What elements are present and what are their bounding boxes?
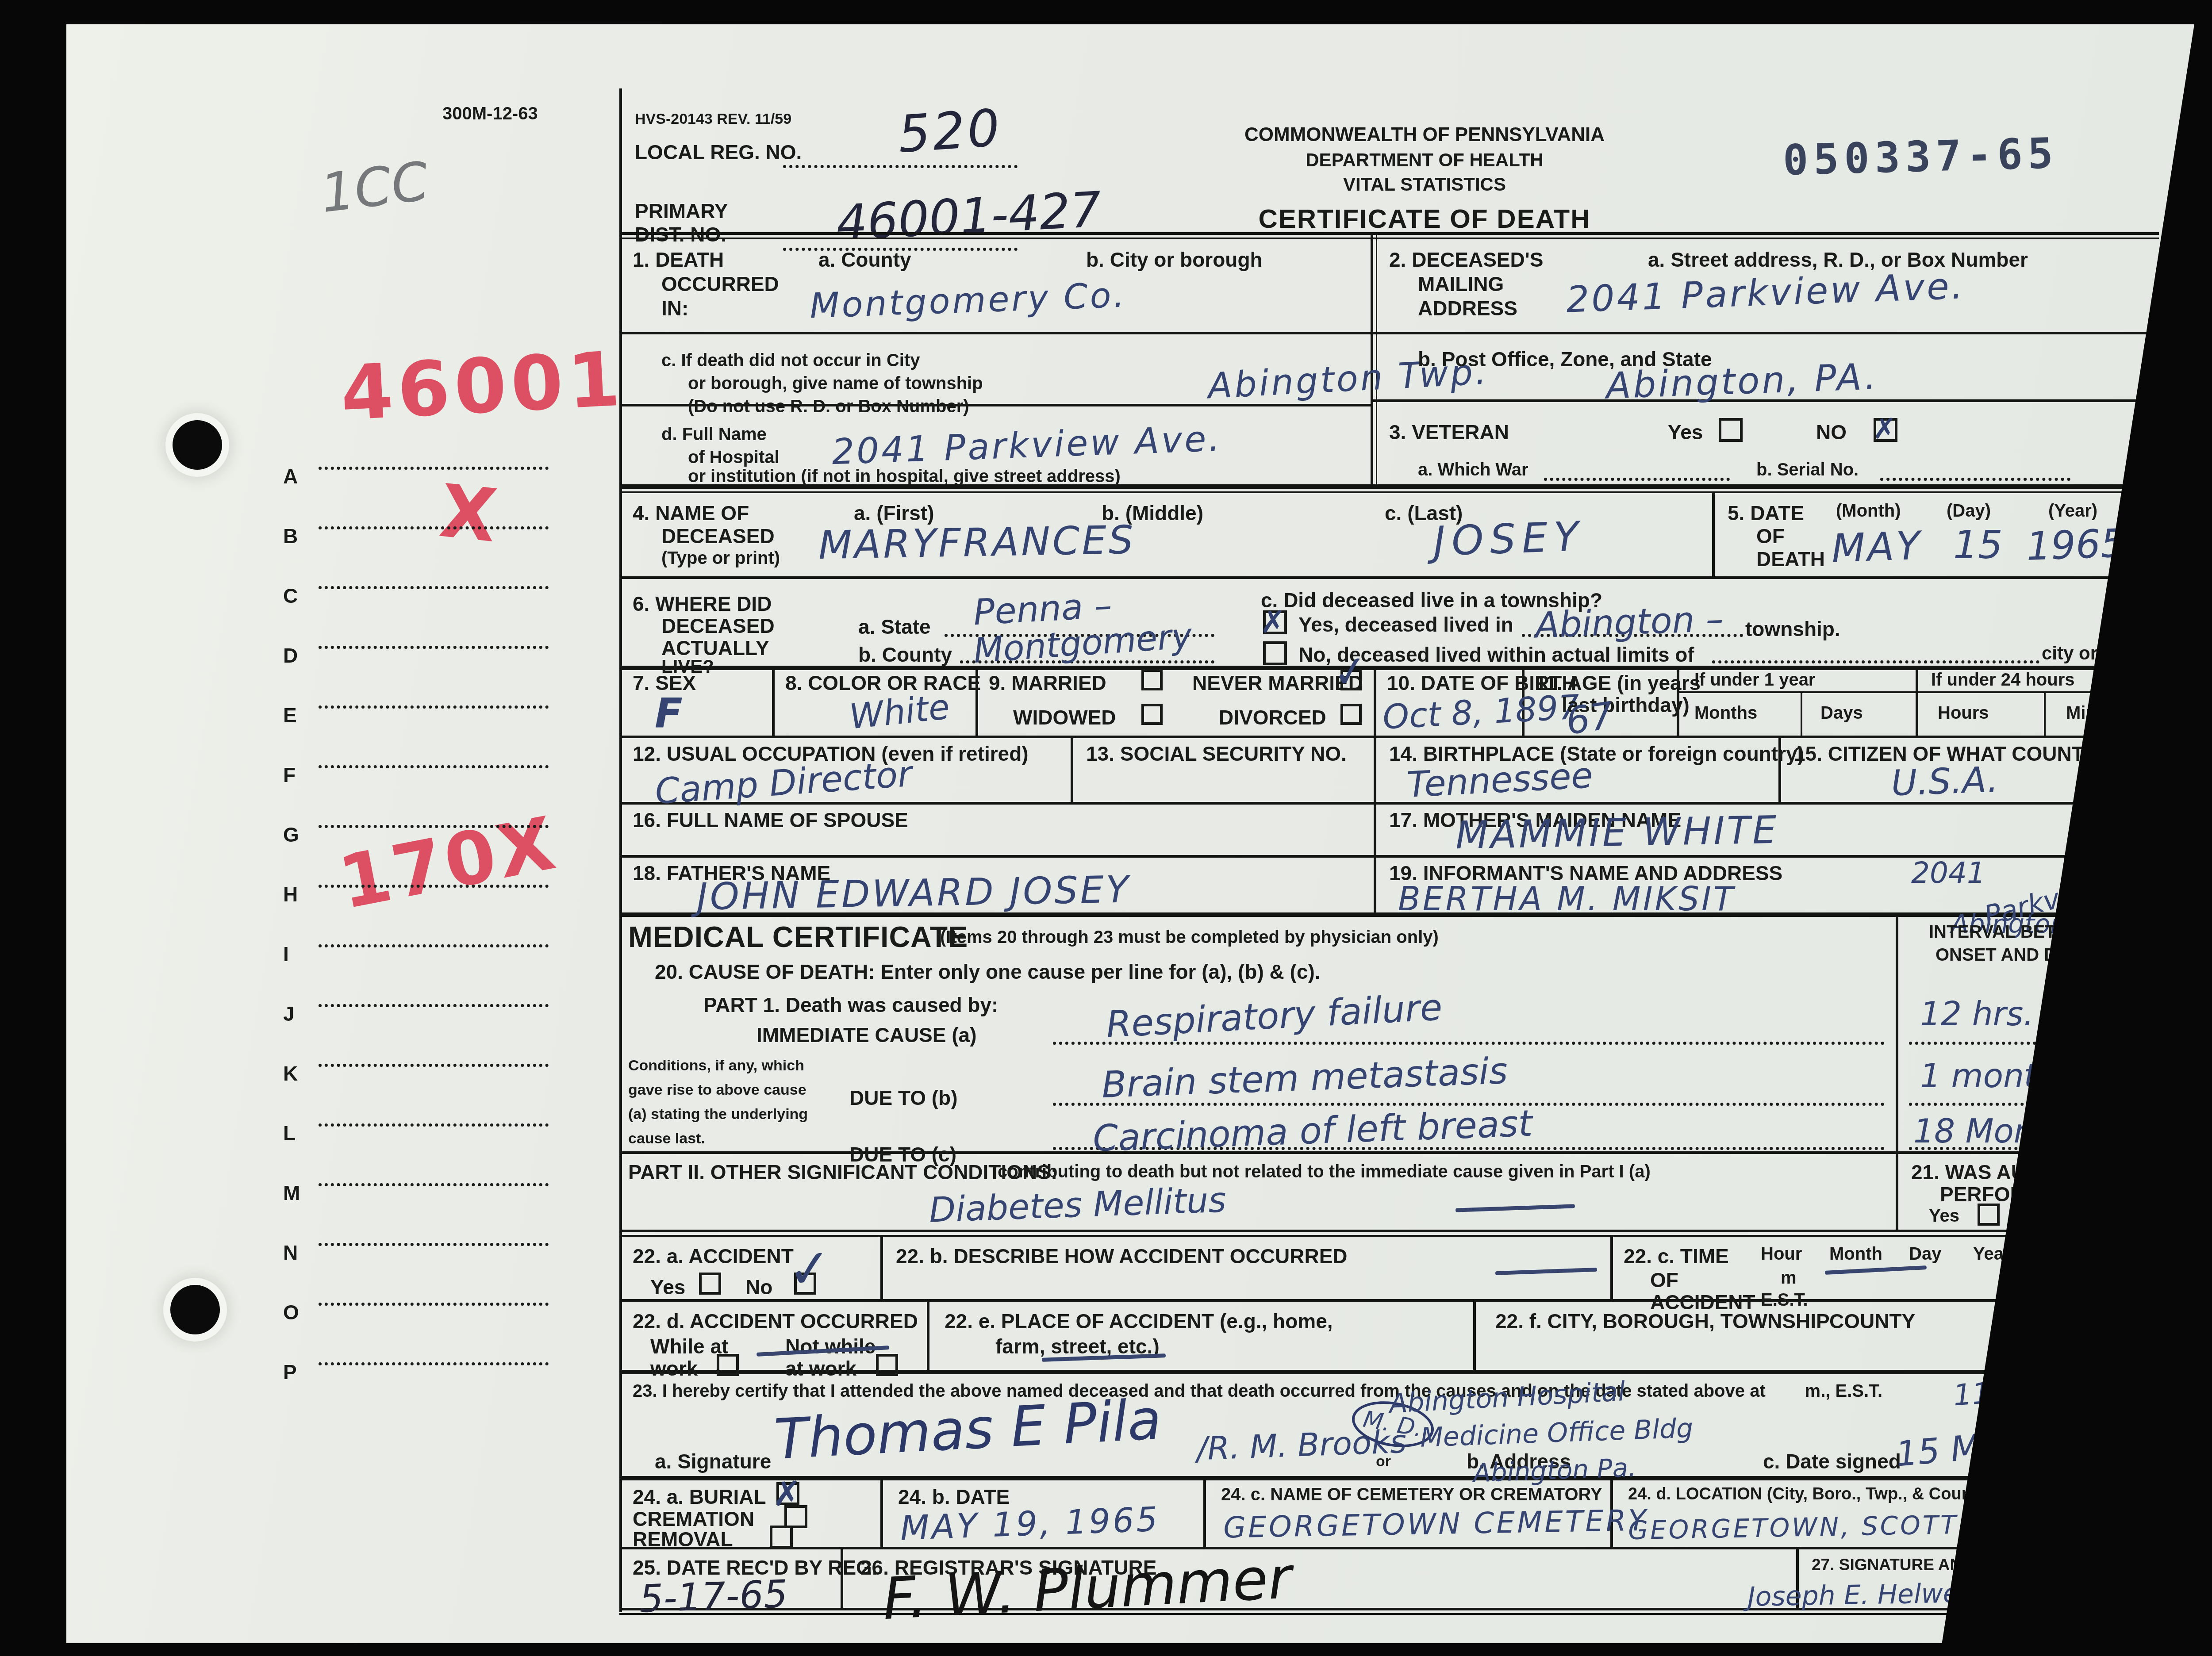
s22c-month-label: Month [1829,1244,1882,1264]
rule-2a-bottom [1371,332,2159,334]
s11-value: 67 [1563,694,1616,743]
s3-serial-line [1880,478,2070,481]
s23-signature-label: a. Signature [655,1449,771,1473]
stub-line-c [319,586,549,589]
s6b-label: b. County [858,643,952,667]
s1c-label-3: (Do not use R. D. or Box Number) [688,397,969,417]
s11-months-label: Months [1694,703,1757,723]
stub-line-i [319,944,549,947]
s23-certify-text-2: m., E.S.T. [1805,1381,1883,1401]
part2-label: PART II. OTHER SIGNIFICANT CONDITIONS: [628,1160,1057,1184]
stub-letter-a: A [283,464,298,488]
s3-yes-checkbox [1719,418,1743,442]
s23-date-signed-label: c. Date signed [1763,1449,1901,1473]
s23-or-label: or [1376,1453,1391,1470]
rule-part2-bottom-1 [619,1230,2159,1232]
s5-day-value: 15 [1953,522,2003,567]
s11-days-label: Days [1820,703,1863,723]
stub-letter-g: G [283,823,299,847]
rule-24-bottom [619,1547,2159,1549]
s22c-label-1: 22. c. TIME [1624,1244,1729,1268]
s22a-yes-checkbox [699,1273,721,1295]
s2-label-2: MAILING [1418,272,1504,296]
rule-header-2 [619,238,2159,239]
stub-letter-i: I [283,942,289,966]
s22d-while-checkbox [717,1354,739,1376]
divider-24a-24b [880,1476,883,1548]
s16-label: 16. FULL NAME OF SPOUSE [633,808,908,832]
divider-interval-col [1896,912,1898,1230]
divider-9-10 [1374,666,1376,736]
s22f-label: 22. f. CITY, BOROUGH, TOWNSHIP [1495,1309,1830,1333]
s4-label-3: (Type or print) [661,548,780,568]
s6c-no-checkbox [1263,641,1287,665]
s20a-value: Respiratory failure [1105,986,1443,1046]
header-department: DEPARTMENT OF HEALTH [1137,149,1712,171]
primary-label-1: PRIMARY [635,199,728,223]
s22c-label-2: OF [1650,1268,1678,1292]
part2-pen-dash [1455,1204,1575,1212]
stub-letter-h: H [283,882,298,906]
s17-value: Mammie White [1455,808,1779,858]
scanned-death-certificate: 300M-12-63 1CC 46001 X 170X A B C D E F … [0,0,2212,1656]
s1a-value: Montgomery Co. [809,276,1127,326]
stub-letter-e: E [283,703,297,727]
stub-line-p [319,1362,549,1365]
s22a-yes-label: Yes [650,1275,685,1299]
s22b-pen-dash [1495,1268,1597,1275]
s22c-day-label: Day [1909,1244,1941,1264]
stub-red-x-mark: X [436,468,501,559]
stub-line-l [319,1123,549,1127]
part2-value: Diabetes Mellitus [929,1180,1227,1230]
s20-cond-2: gave rise to above cause [628,1081,806,1099]
s1c-label-2: or borough, give name of township [688,374,983,394]
s20-cond-4: cause last. [628,1130,705,1147]
s6c-township-suffix: township. [1745,617,1840,641]
stub-letter-m: M [283,1181,300,1205]
s9-married-label: 9. MARRIED [989,671,1106,695]
stub-letter-p: P [283,1360,297,1384]
rule-part2-bottom-2 [619,1235,2159,1237]
s3-war-label: a. Which War [1418,460,1528,480]
s24-cremation-checkbox [784,1505,807,1528]
s24b-value: May 19, 1965 [900,1499,1160,1548]
rule-22abc-bottom [619,1299,2159,1302]
s5-label-1: 5. DATE [1728,501,1804,525]
s20-label: 20. CAUSE OF DEATH: Enter only one cause… [655,960,1321,984]
local-reg-value: 520 [896,98,1004,165]
s3-war-line [1544,478,1730,481]
stub-line-f [319,765,549,768]
stub-line-j [319,1004,549,1007]
s4a-value: MaryFrances [818,517,1136,568]
divider-4-5 [1712,491,1715,578]
stub-line-g [319,825,549,828]
stub-red-170x-mark: 170X [332,800,564,925]
s1d-label-1: d. Full Name [661,425,767,445]
s4c-value: Josey [1432,513,1586,565]
stub-line-a [319,467,549,470]
divider-22a-22b [880,1235,883,1300]
s1d-value: 2041 Parkview Ave. [831,418,1223,473]
s1d-label-2: of Hospital [688,448,780,468]
s6-label-2: DECEASED [661,614,775,638]
s23-certify-text: 23. I hereby certify that I attended the… [633,1381,1882,1401]
rule-row1-bottom-2 [619,491,2159,493]
s22c-m-label: m [1781,1268,1797,1288]
stub-letter-o: O [283,1300,299,1324]
s22d-while-2: work [650,1357,698,1380]
part2-note: contributing to death but not related to… [998,1162,1651,1182]
s9-divorced-label: DIVORCED [1219,705,1326,729]
divider-22b-22c [1610,1235,1613,1300]
primary-dist-value: 46001-427 [835,181,1102,251]
s5-month-value: May [1831,522,1923,571]
stub-letter-f: F [283,763,296,787]
interval-a-value: 12 hrs. [1920,995,2034,1033]
s11-under1-label: If under 1 year [1694,670,1815,690]
stub-line-e [319,705,549,709]
s2a-value: 2041 Parkview Ave. [1566,265,1966,321]
rule-final-2 [619,1613,2159,1615]
s22c-pen-dash [1825,1265,1927,1275]
stub-line-n [319,1243,549,1246]
s4-label-2: DECEASED [661,524,775,548]
stub-line-m [319,1183,549,1186]
header-commonwealth: COMMONWEALTH OF PENNSYLVANIA [1137,124,1712,146]
s22d-notwhile-2: at work [785,1357,856,1380]
divider-months-days [1801,691,1802,736]
s22b-label: 22. b. DESCRIBE HOW ACCIDENT OCCURRED [896,1244,1348,1268]
s4-label-1: 4. NAME OF [633,501,749,525]
s6-label-1: 6. WHERE DID [633,592,772,616]
s11-hours-label: Hours [1938,703,1989,723]
stub-letter-b: B [283,524,298,548]
s22a-no-checkmark: ✓ [785,1237,834,1302]
s18-value: John Edward Josey [696,867,1131,918]
s5-year-label: (Year) [2048,501,2097,521]
stub-letter-l: L [283,1121,296,1145]
header-vital-statistics: VITAL STATISTICS [1137,174,1712,195]
s24-removal-checkbox [770,1526,793,1549]
s22a-no-label: No [745,1275,772,1299]
form-left-border [619,88,622,1612]
s23-address-value-2: Medicine Office Bldg [1420,1413,1694,1453]
s22e-label-1: 22. e. PLACE OF ACCIDENT (e.g., home, [945,1309,1333,1333]
s9-never-checkmark: ✓ [1329,645,1371,699]
s20b-value: Brain stem metastasis [1101,1050,1509,1106]
divider-13-14 [1374,736,1376,803]
s20-cond-1: Conditions, if any, which [628,1057,804,1074]
local-reg-label: LOCAL REG. NO. [635,140,802,164]
medical-certificate-note: (Items 20 through 23 must be completed b… [940,928,1439,947]
divider-22d-22e [927,1299,929,1371]
s9-married-checkbox [1141,669,1163,690]
stub-letter-j: J [283,1002,295,1026]
s20-part1-label: PART 1. Death was caused by: [703,993,998,1017]
s6c-yes-checkmark: ✗ [1260,604,1286,640]
s21-yes-label: Yes [1929,1206,1959,1226]
s3-label: 3. VETERAN [1389,420,1509,444]
s20-immediate-cause-label: IMMEDIATE CAUSE (a) [757,1023,977,1047]
local-reg-line [783,165,1018,168]
stub-letter-k: K [283,1062,298,1085]
divider-22e-22f [1473,1299,1476,1371]
s1c-label-1: c. If death did not occur in City [661,351,920,371]
stub-line-b [319,526,549,529]
stub-red-district-number: 46001 [338,335,626,437]
s6c-yes-text: Yes, deceased lived in [1298,613,1513,636]
s9-divorced-checkbox [1340,704,1362,725]
certificate-paper: 300M-12-63 1CC 46001 X 170X A B C D E F … [66,24,2201,1643]
s22d-notwhile-checkbox [876,1354,898,1376]
s9-widowed-label: WIDOWED [1013,705,1116,729]
s15-value: U.S.A. [1890,759,1999,804]
stub-line-o [319,1303,549,1306]
s3-serial-label: b. Serial No. [1756,460,1859,480]
divider-18-19 [1374,855,1376,913]
stub-letter-c: C [283,584,298,608]
s22c-est-label: E.S.T. [1761,1290,1808,1310]
s1a-label: a. County [818,248,911,272]
s22a-label: 22. a. ACCIDENT [633,1244,794,1268]
s23-address-value-3: Abington Pa. [1473,1453,1637,1488]
s1-label-1: 1. DEATH [633,248,724,272]
divider-7-8 [772,666,775,736]
state-file-number-stamp: 050337-65 [1782,129,2059,185]
s24-removal-label: REMOVAL [633,1527,733,1551]
form-number: HVS-20143 REV. 11/59 [635,111,791,128]
certificate-title: CERTIFICATE OF DEATH [1137,203,1712,234]
s24c-label: 24. c. NAME OF CEMETERY OR CREMATORY [1221,1485,1602,1505]
rule-header-1 [619,232,2159,235]
s2a-label: a. Street address, R. D., or Box Number [1648,248,2028,272]
s3-no-label: NO [1816,420,1847,444]
s5-month-label: (Month) [1836,501,1901,521]
stub-pencil-note: 1CC [317,151,432,225]
s22c-hour-label: Hour [1761,1244,1802,1264]
s3-no-checkmark: ✗ [1873,413,1897,445]
divider-12-13 [1071,736,1073,803]
s2-label-1: 2. DECEASED'S [1389,248,1543,272]
s1-label-3: IN: [661,296,688,320]
stub-print-code: 300M-12-63 [442,104,538,124]
s22d-label: 22. d. ACCIDENT OCCURRED [633,1309,918,1333]
s6c-yes-value: Abington – [1535,598,1724,646]
medical-certificate-title: MEDICAL CERTIFICATE [628,920,968,954]
punch-hole-top [173,420,222,470]
stub-line-k [319,1064,549,1067]
s19-address-1: 2041 [1911,856,1985,890]
s20b-label: DUE TO (b) [849,1086,957,1110]
stub-letter-d: D [283,644,298,667]
rule-23-bottom [619,1476,2159,1480]
s3-yes-label: Yes [1668,420,1703,444]
s19-value: Bertha M. Miksit [1398,880,1736,918]
punch-hole-bottom [170,1285,220,1334]
stub-line-h [319,885,549,888]
s21-yes-checkbox [1978,1204,2000,1226]
stub-letter-n: N [283,1241,298,1265]
s24a-label: 24. a. BURIAL [633,1485,766,1509]
divider-24b-24c [1203,1476,1206,1548]
stub-line-d [319,646,549,649]
s24c-value: Georgetown Cemetery [1223,1503,1648,1545]
s5-label-3: DEATH [1756,547,1825,571]
rule-row45-bottom [619,576,2159,579]
s25-value: 5-17-65 [638,1572,788,1621]
s8-label: 8. COLOR OR RACE [785,671,981,695]
rule-1a-bottom [619,332,1371,334]
s5-label-2: OF [1756,524,1785,548]
s11-under24-label: If under 24 hours [1931,670,2075,690]
s2-label-3: ADDRESS [1418,296,1517,320]
s7-value: F [655,690,683,737]
s20-cond-3: (a) stating the underlying [628,1106,808,1123]
s1-label-2: OCCURRED [661,272,779,296]
s22d-notwhile-1: Not while [785,1334,876,1358]
divider-hours-min [2044,691,2046,736]
s6a-label: a. State [858,615,931,639]
s13-label: 13. SOCIAL SECURITY NO. [1086,742,1347,766]
divider-under1-under24 [1916,666,1918,736]
divider-16-17 [1374,802,1376,856]
s11-label-1: 11. AGE (in years [1535,671,1701,695]
s5-day-label: (Day) [1947,501,1991,521]
s9-widowed-checkbox [1141,704,1163,725]
s6c-no-line [1712,660,2039,663]
s22f-county-label: COUNTY [1829,1309,1915,1333]
s1b-label: b. City or borough [1086,248,1263,272]
